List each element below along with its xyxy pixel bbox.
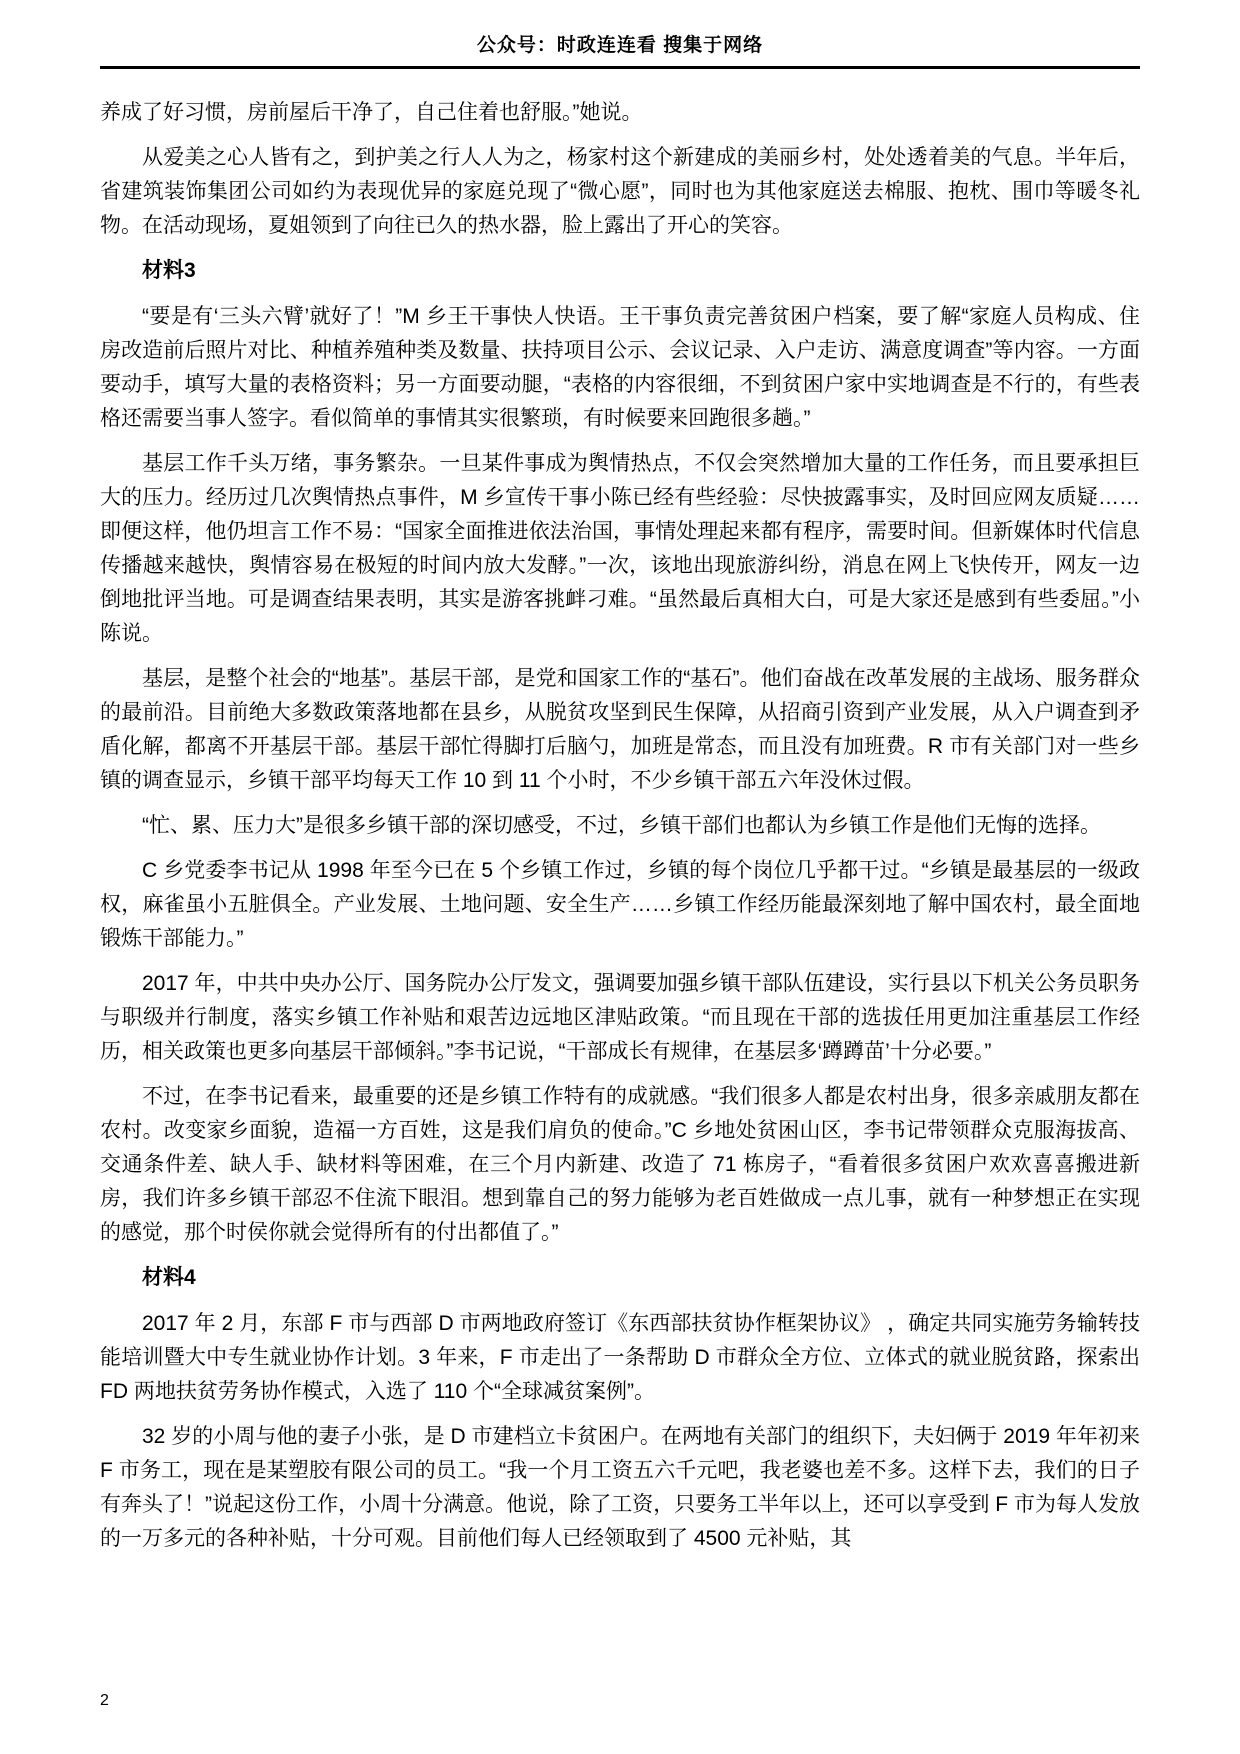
paragraph: 基层工作千头万绪，事务繁杂。一旦某件事成为舆情热点，不仅会突然增加大量的工作任务…: [100, 447, 1140, 651]
paragraph: 32 岁的小周与他的妻子小张，是 D 市建档立卡贫困户。在两地有关部门的组织下，…: [100, 1420, 1140, 1556]
header-title: 公众号：时政连连看 搜集于网络: [477, 35, 763, 56]
section-heading-material-3: 材料3: [100, 254, 1140, 288]
paragraph: “要是有‘三头六臂’就好了！”M 乡王干事快人快语。王干事负责完善贫困户档案，要…: [100, 300, 1140, 436]
paragraph: 不过，在李书记看来，最重要的还是乡镇工作特有的成就感。“我们很多人都是农村出身，…: [100, 1080, 1140, 1250]
document-content: 养成了好习惯，房前屋后干净了，自己住着也舒服。”她说。 从爱美之心人皆有之，到护…: [100, 96, 1140, 1556]
document-page: 公众号：时政连连看 搜集于网络 养成了好习惯，房前屋后干净了，自己住着也舒服。”…: [0, 0, 1240, 1754]
paragraph: 2017 年，中共中央办公厅、国务院办公厅发文，强调要加强乡镇干部队伍建设，实行…: [100, 967, 1140, 1069]
paragraph-continuation: 养成了好习惯，房前屋后干净了，自己住着也舒服。”她说。: [100, 96, 1140, 130]
paragraph: C 乡党委李书记从 1998 年至今已在 5 个乡镇工作过，乡镇的每个岗位几乎都…: [100, 854, 1140, 956]
page-header: 公众号：时政连连看 搜集于网络: [100, 30, 1140, 69]
paragraph: 从爱美之心人皆有之，到护美之行人人为之，杨家村这个新建成的美丽乡村，处处透着美的…: [100, 141, 1140, 243]
section-heading-material-4: 材料4: [100, 1261, 1140, 1295]
paragraph: “忙、累、压力大”是很多乡镇干部的深切感受，不过，乡镇干部们也都认为乡镇工作是他…: [100, 809, 1140, 843]
page-number: 2: [100, 1692, 109, 1710]
paragraph: 2017 年 2 月，东部 F 市与西部 D 市两地政府签订《东西部扶贫协作框架…: [100, 1307, 1140, 1409]
paragraph: 基层，是整个社会的“地基”。基层干部，是党和国家工作的“基石”。他们奋战在改革发…: [100, 662, 1140, 798]
